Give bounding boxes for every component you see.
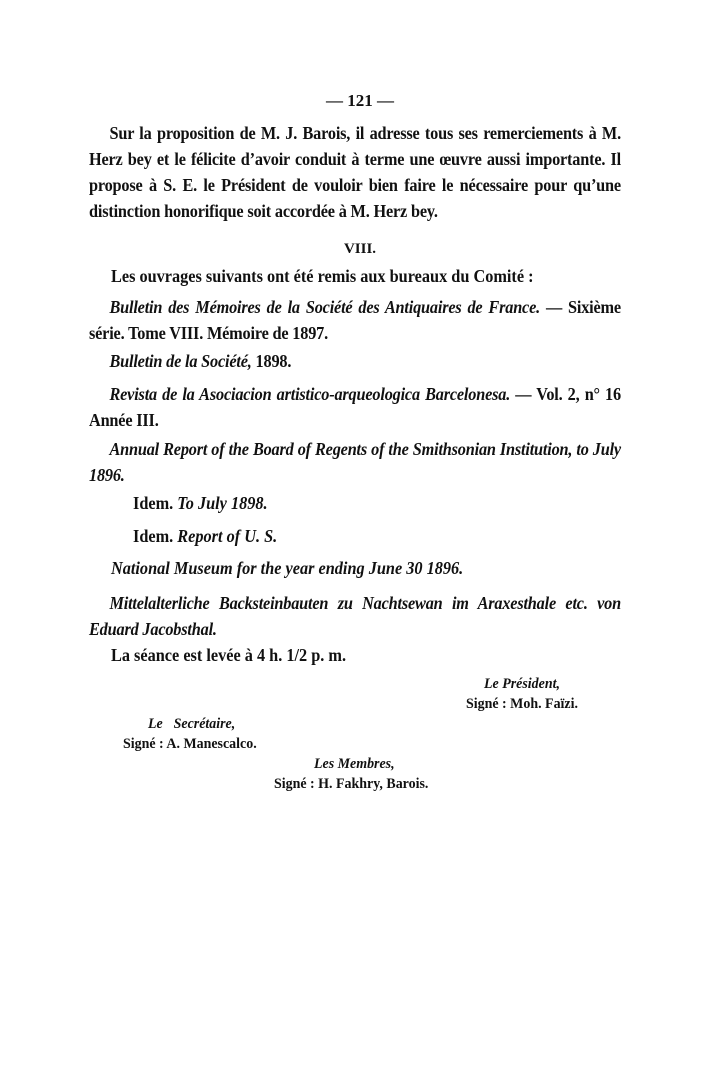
paragraph-proposition: Sur la proposition de M. J. Barois, il a… (89, 120, 621, 224)
members-signature: Signé : H. Fakhry, Barois. (274, 776, 428, 793)
work-title: Report of U. S. (177, 526, 277, 546)
page-number: — 121 — (0, 91, 720, 111)
work-title: To July 1898. (177, 493, 267, 513)
work-item: Mittelalterliche Backsteinbauten zu Nach… (89, 590, 621, 642)
idem-label: Idem. (133, 493, 173, 513)
work-item: Bulletin de la Société, 1898. (89, 348, 621, 374)
work-title: Bulletin de la Société, (109, 351, 251, 371)
work-item: Idem. Report of U. S. (133, 526, 277, 547)
section-heading: VIII. (0, 241, 720, 258)
work-title: Annual Report of the Board of Regents of… (89, 439, 621, 485)
work-item: Revista de la Asociacion artistico-arque… (89, 381, 621, 433)
work-title: Revista de la Asociacion artistico-arque… (109, 384, 510, 404)
document-page: — 121 — Sur la proposition de M. J. Baro… (0, 0, 720, 1082)
members-title: Les Membres, (314, 756, 395, 773)
closing-line: La séance est levée à 4 h. 1/2 p. m. (111, 645, 346, 666)
work-item: Idem. To July 1898. (133, 493, 268, 514)
work-title: Bulletin des Mémoires de la Société des … (109, 297, 540, 317)
idem-label: Idem. (133, 526, 173, 546)
secretary-signature: Signé : A. Manescalco. (123, 736, 257, 753)
work-item: Annual Report of the Board of Regents of… (89, 436, 621, 488)
works-intro: Les ouvrages suivants ont été remis aux … (111, 266, 534, 287)
work-details: 1898. (252, 351, 292, 371)
work-item: Bulletin des Mémoires de la Société des … (89, 294, 621, 346)
work-item: National Museum for the year ending June… (111, 558, 463, 579)
president-signature: Signé : Moh. Faïzi. (466, 696, 578, 713)
president-title: Le Président, (484, 676, 560, 693)
secretary-title: Le Secrétaire, (148, 716, 235, 733)
